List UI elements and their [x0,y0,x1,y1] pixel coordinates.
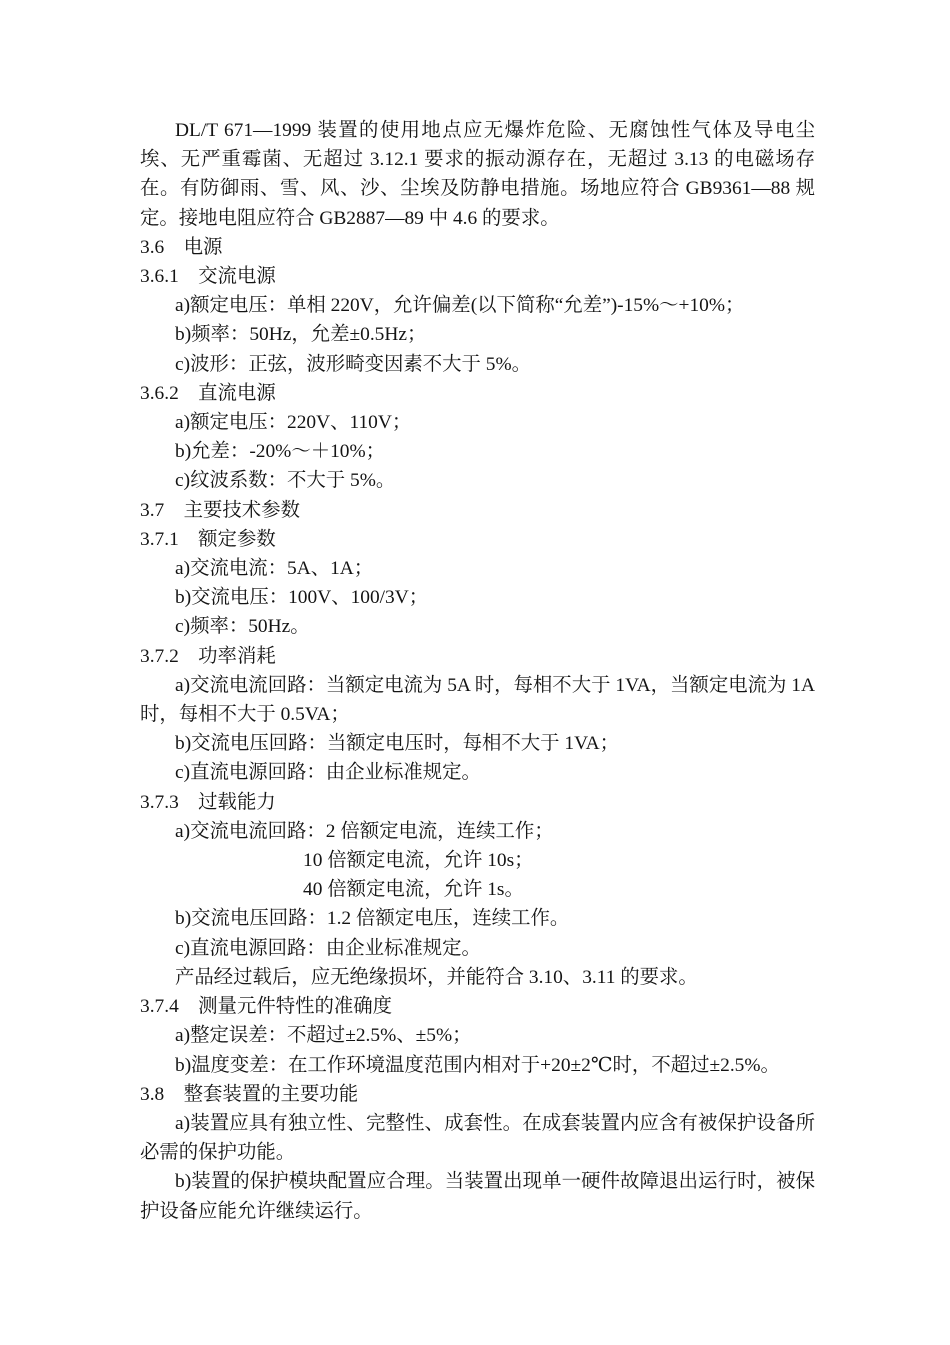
paragraph: b)温度变差：在工作环境温度范围内相对于+20±2℃时，不超过±2.5%。 [140,1051,815,1080]
section-heading: 3.8 整套装置的主要功能 [140,1080,815,1109]
section-heading: 3.7.3 过载能力 [140,788,815,817]
paragraph: b)频率：50Hz，允差±0.5Hz； [140,320,815,349]
section-heading: 3.7.4 测量元件特性的准确度 [140,992,815,1021]
section-heading: 3.7.2 功率消耗 [140,642,815,671]
paragraph: c)直流电源回路：由企业标准规定。 [140,934,815,963]
paragraph: a)额定电压：220V、110V； [140,408,815,437]
paragraph: a)交流电流：5A、1A； [140,554,815,583]
section-heading: 3.6.1 交流电源 [140,262,815,291]
section-heading: 3.7 主要技术参数 [140,496,815,525]
section-heading: 3.6.2 直流电源 [140,379,815,408]
paragraph: a)交流电流回路：当额定电流为 5A 时，每相不大于 1VA，当额定电流为 1A… [140,671,815,729]
paragraph: a)整定误差：不超过±2.5%、±5%； [140,1021,815,1050]
section-heading: 3.7.1 额定参数 [140,525,815,554]
section-heading: 3.6 电源 [140,233,815,262]
paragraph: a)额定电压：单相 220V，允许偏差(以下简称“允差”)-15%～+10%； [140,291,815,320]
paragraph: 40 倍额定电流，允许 1s。 [140,875,815,904]
paragraph: b)允差：-20%～＋10%； [140,437,815,466]
paragraph: DL/T 671—1999 装置的使用地点应无爆炸危险、无腐蚀性气体及导电尘埃、… [140,116,815,233]
paragraph: c)直流电源回路：由企业标准规定。 [140,758,815,787]
paragraph: c)纹波系数：不大于 5%。 [140,466,815,495]
paragraph: c)频率：50Hz。 [140,612,815,641]
paragraph: a)装置应具有独立性、完整性、成套性。在成套装置内应含有被保护设备所必需的保护功… [140,1109,815,1167]
paragraph: 产品经过载后，应无绝缘损坏，并能符合 3.10、3.11 的要求。 [140,963,815,992]
paragraph: b)交流电压回路：1.2 倍额定电压，连续工作。 [140,904,815,933]
paragraph: 10 倍额定电流，允许 10s； [140,846,815,875]
document-content: DL/T 671—1999 装置的使用地点应无爆炸危险、无腐蚀性气体及导电尘埃、… [140,116,815,1226]
paragraph: b)交流电压回路：当额定电压时，每相不大于 1VA； [140,729,815,758]
paragraph: a)交流电流回路：2 倍额定电流，连续工作； [140,817,815,846]
paragraph: b)装置的保护模块配置应合理。当装置出现单一硬件故障退出运行时，被保护设备应能允… [140,1167,815,1225]
paragraph: c)波形：正弦，波形畸变因素不大于 5%。 [140,350,815,379]
document-page: DL/T 671—1999 装置的使用地点应无爆炸危险、无腐蚀性气体及导电尘埃、… [0,0,950,1345]
paragraph: b)交流电压：100V、100/3V； [140,583,815,612]
